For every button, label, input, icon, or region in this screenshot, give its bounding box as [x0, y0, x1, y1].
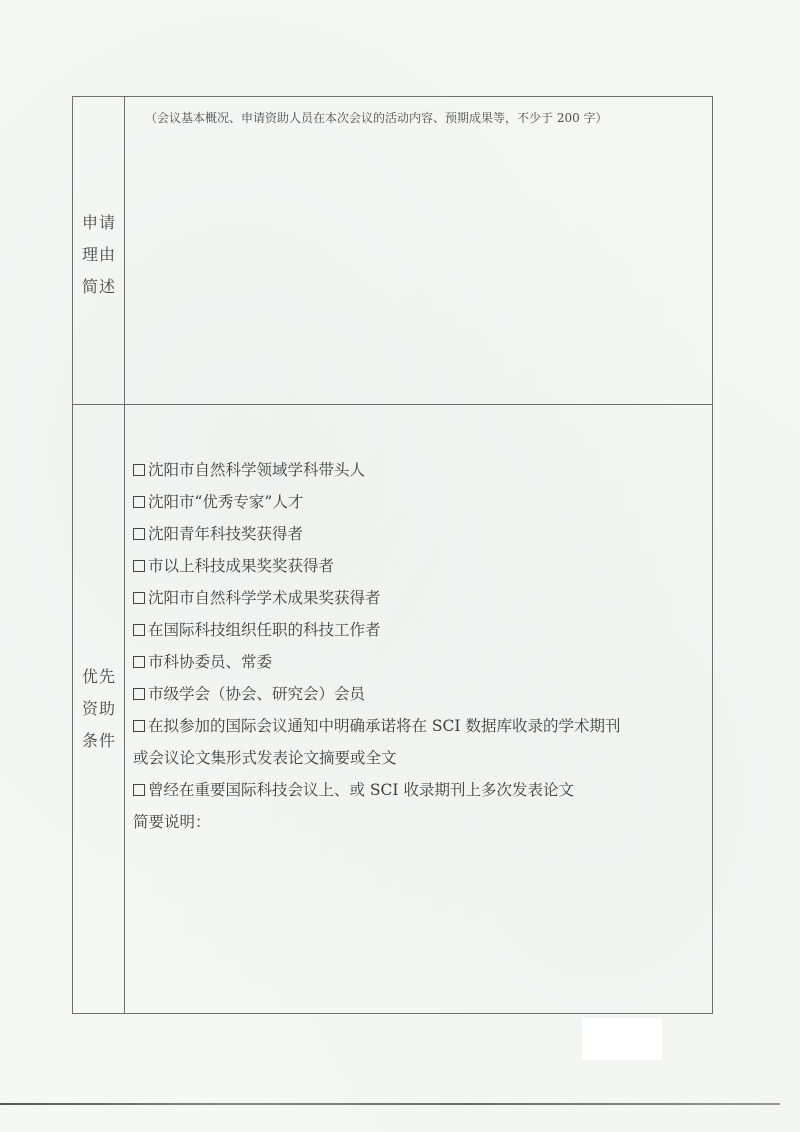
checkbox-icon[interactable] — [133, 464, 145, 476]
priority-content: 沈阳市自然科学领域学科带头人 沈阳市“优秀专家”人才 沈阳青年科技奖获得者 市以… — [125, 404, 712, 1013]
priority-section: 优先 资助 条件 沈阳市自然科学领域学科带头人 沈阳市“优秀专家”人才 沈阳青年… — [73, 404, 712, 1013]
label-line: 优先 — [73, 661, 125, 693]
option-label: 曾经在重要国际科技会议上、或 SCI 收录期刊上多次发表论文 — [148, 774, 574, 806]
option-committee-member[interactable]: 市科协委员、常委 — [133, 646, 702, 678]
option-multiple-publications[interactable]: 曾经在重要国际科技会议上、或 SCI 收录期刊上多次发表论文 — [133, 774, 702, 806]
option-society-member[interactable]: 市级学会（协会、研究会）会员 — [133, 678, 702, 710]
option-city-award[interactable]: 市以上科技成果奖奖获得者 — [133, 550, 702, 582]
brief-description-input-area[interactable] — [125, 814, 712, 1013]
checkbox-icon[interactable] — [133, 560, 145, 572]
label-line: 理由 — [73, 239, 125, 271]
checkbox-icon[interactable] — [133, 720, 145, 732]
checkbox-icon[interactable] — [133, 624, 145, 636]
application-form-table: 申请 理由 简述 （会议基本概况、申请资助人员在本次会议的活动内容、预期成果等，… — [72, 96, 713, 1014]
option-label: 市以上科技成果奖奖获得者 — [148, 550, 334, 582]
option-label: 市科协委员、常委 — [148, 646, 272, 678]
option-sci-commitment[interactable]: 在拟参加的国际会议通知中明确承诺将在 SCI 数据库收录的学术期刊 — [133, 710, 702, 742]
option-excellent-expert[interactable]: 沈阳市“优秀专家”人才 — [133, 486, 702, 518]
option-label: 市级学会（协会、研究会）会员 — [148, 678, 365, 710]
option-academic-award[interactable]: 沈阳市自然科学学术成果奖获得者 — [133, 582, 702, 614]
reason-label-cell: 申请 理由 简述 — [73, 97, 125, 404]
checkbox-icon[interactable] — [133, 592, 145, 604]
checkbox-icon[interactable] — [133, 496, 145, 508]
priority-label-cell: 优先 资助 条件 — [73, 404, 125, 1013]
label-line: 简述 — [73, 271, 125, 303]
option-label: 在国际科技组织任职的科技工作者 — [148, 614, 381, 646]
option-youth-award[interactable]: 沈阳青年科技奖获得者 — [133, 518, 702, 550]
reason-hint-text: （会议基本概况、申请资助人员在本次会议的活动内容、预期成果等，不少于 200 字… — [145, 109, 608, 126]
checkbox-icon[interactable] — [133, 784, 145, 796]
page-bottom-rule — [0, 1103, 780, 1105]
checkbox-icon[interactable] — [133, 656, 145, 668]
option-label: 沈阳市自然科学领域学科带头人 — [148, 454, 365, 486]
option-label: 沈阳市自然科学学术成果奖获得者 — [148, 582, 381, 614]
label-line: 申请 — [73, 207, 125, 239]
label-line: 条件 — [73, 725, 125, 757]
label-line: 资助 — [73, 693, 125, 725]
option-label: 沈阳市“优秀专家”人才 — [148, 486, 303, 518]
scan-artifact-patch — [582, 1018, 662, 1060]
option-discipline-leader[interactable]: 沈阳市自然科学领域学科带头人 — [133, 454, 702, 486]
priority-options-list: 沈阳市自然科学领域学科带头人 沈阳市“优秀专家”人才 沈阳青年科技奖获得者 市以… — [133, 454, 702, 838]
option-international-org[interactable]: 在国际科技组织任职的科技工作者 — [133, 614, 702, 646]
option-sci-commitment-continuation: 或会议论文集形式发表论文摘要或全文 — [133, 742, 702, 774]
priority-label: 优先 资助 条件 — [73, 661, 125, 757]
reason-label: 申请 理由 简述 — [73, 207, 125, 303]
checkbox-icon[interactable] — [133, 688, 145, 700]
reason-section: 申请 理由 简述 （会议基本概况、申请资助人员在本次会议的活动内容、预期成果等，… — [73, 97, 712, 405]
reason-input-area[interactable]: （会议基本概况、申请资助人员在本次会议的活动内容、预期成果等，不少于 200 字… — [125, 97, 712, 404]
checkbox-icon[interactable] — [133, 528, 145, 540]
option-label: 沈阳青年科技奖获得者 — [148, 518, 303, 550]
option-label: 在拟参加的国际会议通知中明确承诺将在 SCI 数据库收录的学术期刊 — [148, 710, 620, 742]
